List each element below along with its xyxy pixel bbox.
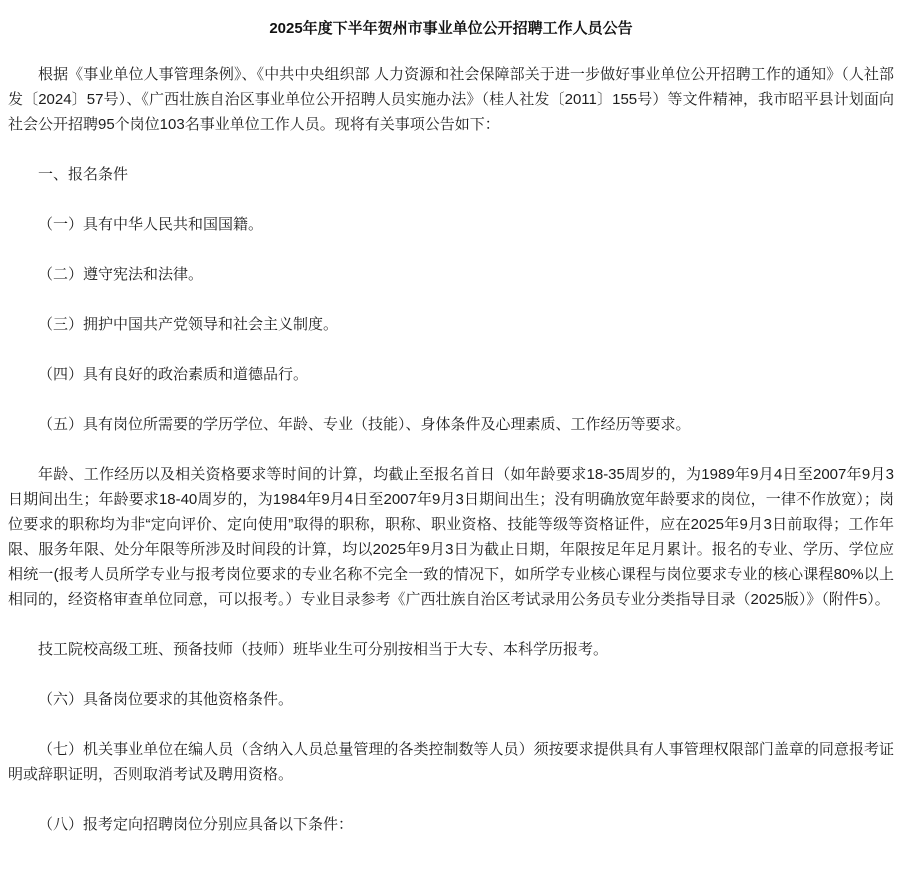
condition-item-3: （三）拥护中国共产党领导和社会主义制度。 xyxy=(8,312,894,337)
condition-item-4: （四）具有良好的政治素质和道德品行。 xyxy=(8,362,894,387)
condition-item-2: （二）遵守宪法和法律。 xyxy=(8,262,894,287)
condition-item-5: （五）具有岗位所需要的学历学位、年龄、专业（技能）、身体条件及心理素质、工作经历… xyxy=(8,412,894,437)
document-title: 2025年度下半年贺州市事业单位公开招聘工作人员公告 xyxy=(8,18,894,40)
condition-item-8: （八）报考定向招聘岗位分别应具备以下条件： xyxy=(8,812,894,837)
note-time-calculation: 年龄、工作经历以及相关资格要求等时间的计算，均截止至报名首日（如年龄要求18-3… xyxy=(8,462,894,612)
condition-item-7: （七）机关事业单位在编人员（含纳入人员总量管理的各类控制数等人员）须按要求提供具… xyxy=(8,737,894,787)
section-heading-application-conditions: 一、报名条件 xyxy=(8,162,894,187)
intro-paragraph: 根据《事业单位人事管理条例》、《中共中央组织部 人力资源和社会保障部关于进一步做… xyxy=(8,62,894,137)
condition-item-1: （一）具有中华人民共和国国籍。 xyxy=(8,212,894,237)
note-technical-college: 技工院校高级工班、预备技师（技师）班毕业生可分别按相当于大专、本科学历报考。 xyxy=(8,637,894,662)
condition-item-6: （六）具备岗位要求的其他资格条件。 xyxy=(8,687,894,712)
announcement-document: 2025年度下半年贺州市事业单位公开招聘工作人员公告 根据《事业单位人事管理条例… xyxy=(0,0,902,892)
